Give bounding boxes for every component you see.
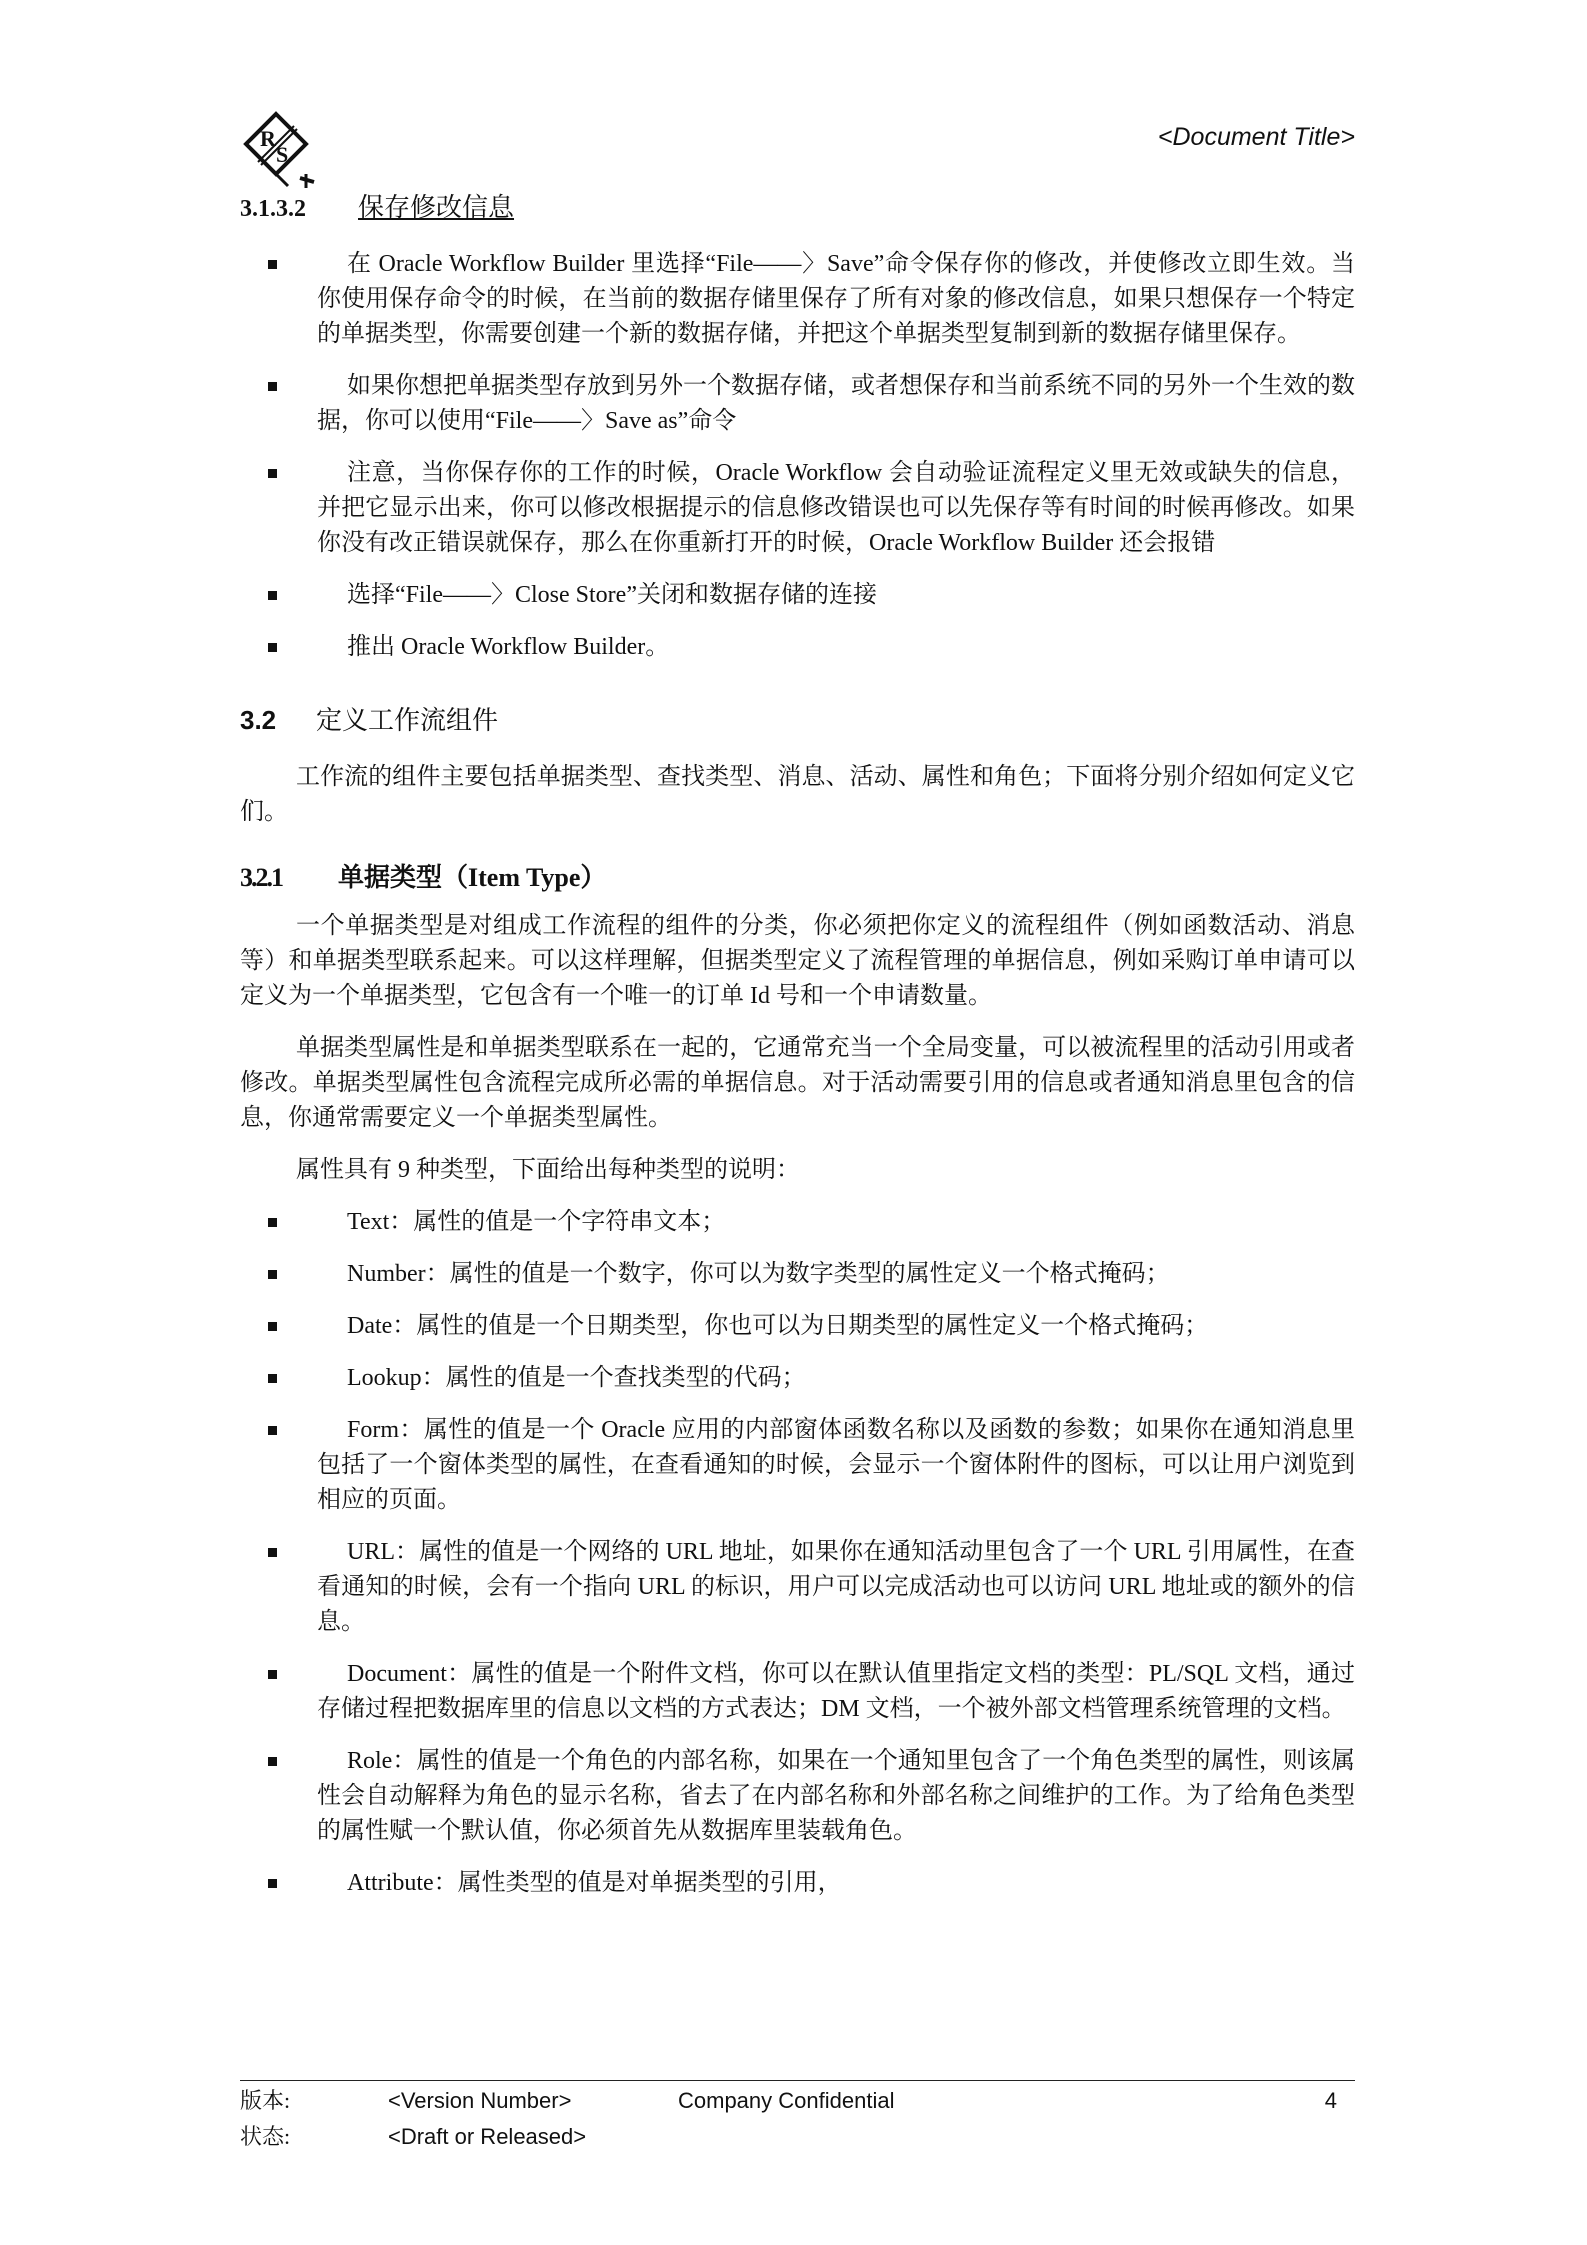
square-bullet-icon [268, 469, 277, 478]
svg-text:S: S [276, 142, 288, 167]
list-item: Lookup：属性的值是一个查找类型的代码； [240, 1361, 1355, 1396]
paragraph: 属性具有 9 种类型，下面给出每种类型的说明： [240, 1153, 1355, 1188]
square-bullet-icon [268, 1548, 277, 1557]
list-item: 推出 Oracle Workflow Builder。 [240, 630, 1355, 665]
heading-title: 定义工作流组件 [316, 703, 498, 738]
heading-number: 3.2.1 [240, 860, 338, 895]
page-header: R S <Document Title> [240, 108, 1355, 198]
square-bullet-icon [268, 260, 277, 269]
page-footer: 版本: <Version Number> Company Confidentia… [240, 2080, 1355, 2153]
square-bullet-icon [268, 643, 277, 652]
paragraph: 一个单据类型是对组成工作流程的组件的分类，你必须把你定义的流程组件（例如函数活动… [240, 909, 1355, 1014]
square-bullet-icon [268, 382, 277, 391]
heading-title: 单据类型（Item Type） [338, 860, 606, 895]
version-label: 版本: [240, 2083, 290, 2119]
list-item: URL：属性的值是一个网络的 URL 地址，如果你在通知活动里包含了一个 URL… [240, 1535, 1355, 1640]
list-item: 注意，当你保存你的工作的时候，Oracle Workflow 会自动验证流程定义… [240, 456, 1355, 561]
heading-number: 3.2 [240, 703, 316, 738]
heading-title: 保存修改信息 [358, 190, 514, 225]
list-item: 在 Oracle Workflow Builder 里选择“File——〉Sav… [240, 247, 1355, 352]
list-item: Text：属性的值是一个字符串文本； [240, 1205, 1355, 1240]
square-bullet-icon [268, 1322, 277, 1331]
footer-status-row: 状态: <Draft or Released> [240, 2117, 1355, 2153]
list-item: 选择“File——〉Close Store”关闭和数据存储的连接 [240, 578, 1355, 613]
square-bullet-icon [268, 591, 277, 600]
document-title: <Document Title> [1158, 123, 1355, 152]
page-number: 4 [1325, 2083, 1337, 2119]
list-item: Date：属性的值是一个日期类型，你也可以为日期类型的属性定义一个格式掩码； [240, 1309, 1355, 1344]
square-bullet-icon [268, 1879, 277, 1888]
list-item: Attribute：属性类型的值是对单据类型的引用， [240, 1866, 1355, 1901]
document-body: 3.1.3.2 保存修改信息 在 Oracle Workflow Builder… [240, 190, 1355, 1918]
square-bullet-icon [268, 1757, 277, 1766]
svg-text:R: R [260, 126, 277, 151]
footer-version-row: 版本: <Version Number> Company Confidentia… [240, 2081, 1355, 2117]
paragraph: 单据类型属性是和单据类型联系在一起的，它通常充当一个全局变量，可以被流程里的活动… [240, 1031, 1355, 1136]
status-value: <Draft or Released> [388, 2119, 586, 2155]
rs-diamond-logo-icon: R S [240, 108, 320, 193]
list-item: 如果你想把单据类型存放到另外一个数据存储，或者想保存和当前系统不同的另外一个生效… [240, 369, 1355, 439]
list-item: Form：属性的值是一个 Oracle 应用的内部窗体函数名称以及函数的参数；如… [240, 1413, 1355, 1518]
heading-number: 3.1.3.2 [240, 192, 358, 227]
list-item: Role：属性的值是一个角色的内部名称，如果在一个通知里包含了一个角色类型的属性… [240, 1744, 1355, 1849]
square-bullet-icon [268, 1218, 277, 1227]
section-intro-paragraph: 工作流的组件主要包括单据类型、查找类型、消息、活动、属性和角色；下面将分别介绍如… [240, 760, 1355, 830]
list-item: Document：属性的值是一个附件文档，你可以在默认值里指定文档的类型：PL/… [240, 1657, 1355, 1727]
list-item: Number：属性的值是一个数字，你可以为数字类型的属性定义一个格式掩码； [240, 1257, 1355, 1292]
attribute-types-list: Text：属性的值是一个字符串文本； Number：属性的值是一个数字，你可以为… [240, 1205, 1355, 1901]
status-label: 状态: [240, 2119, 290, 2155]
heading-3-2-1: 3.2.1 单据类型（Item Type） [240, 860, 1355, 895]
square-bullet-icon [268, 1670, 277, 1679]
version-value: <Version Number> [388, 2083, 571, 2119]
heading-3-2: 3.2 定义工作流组件 [240, 703, 1355, 738]
square-bullet-icon [268, 1374, 277, 1383]
save-steps-list: 在 Oracle Workflow Builder 里选择“File——〉Sav… [240, 247, 1355, 665]
square-bullet-icon [268, 1426, 277, 1435]
confidential-label: Company Confidential [678, 2083, 894, 2119]
square-bullet-icon [268, 1270, 277, 1279]
heading-3-1-3-2: 3.1.3.2 保存修改信息 [240, 190, 1355, 227]
